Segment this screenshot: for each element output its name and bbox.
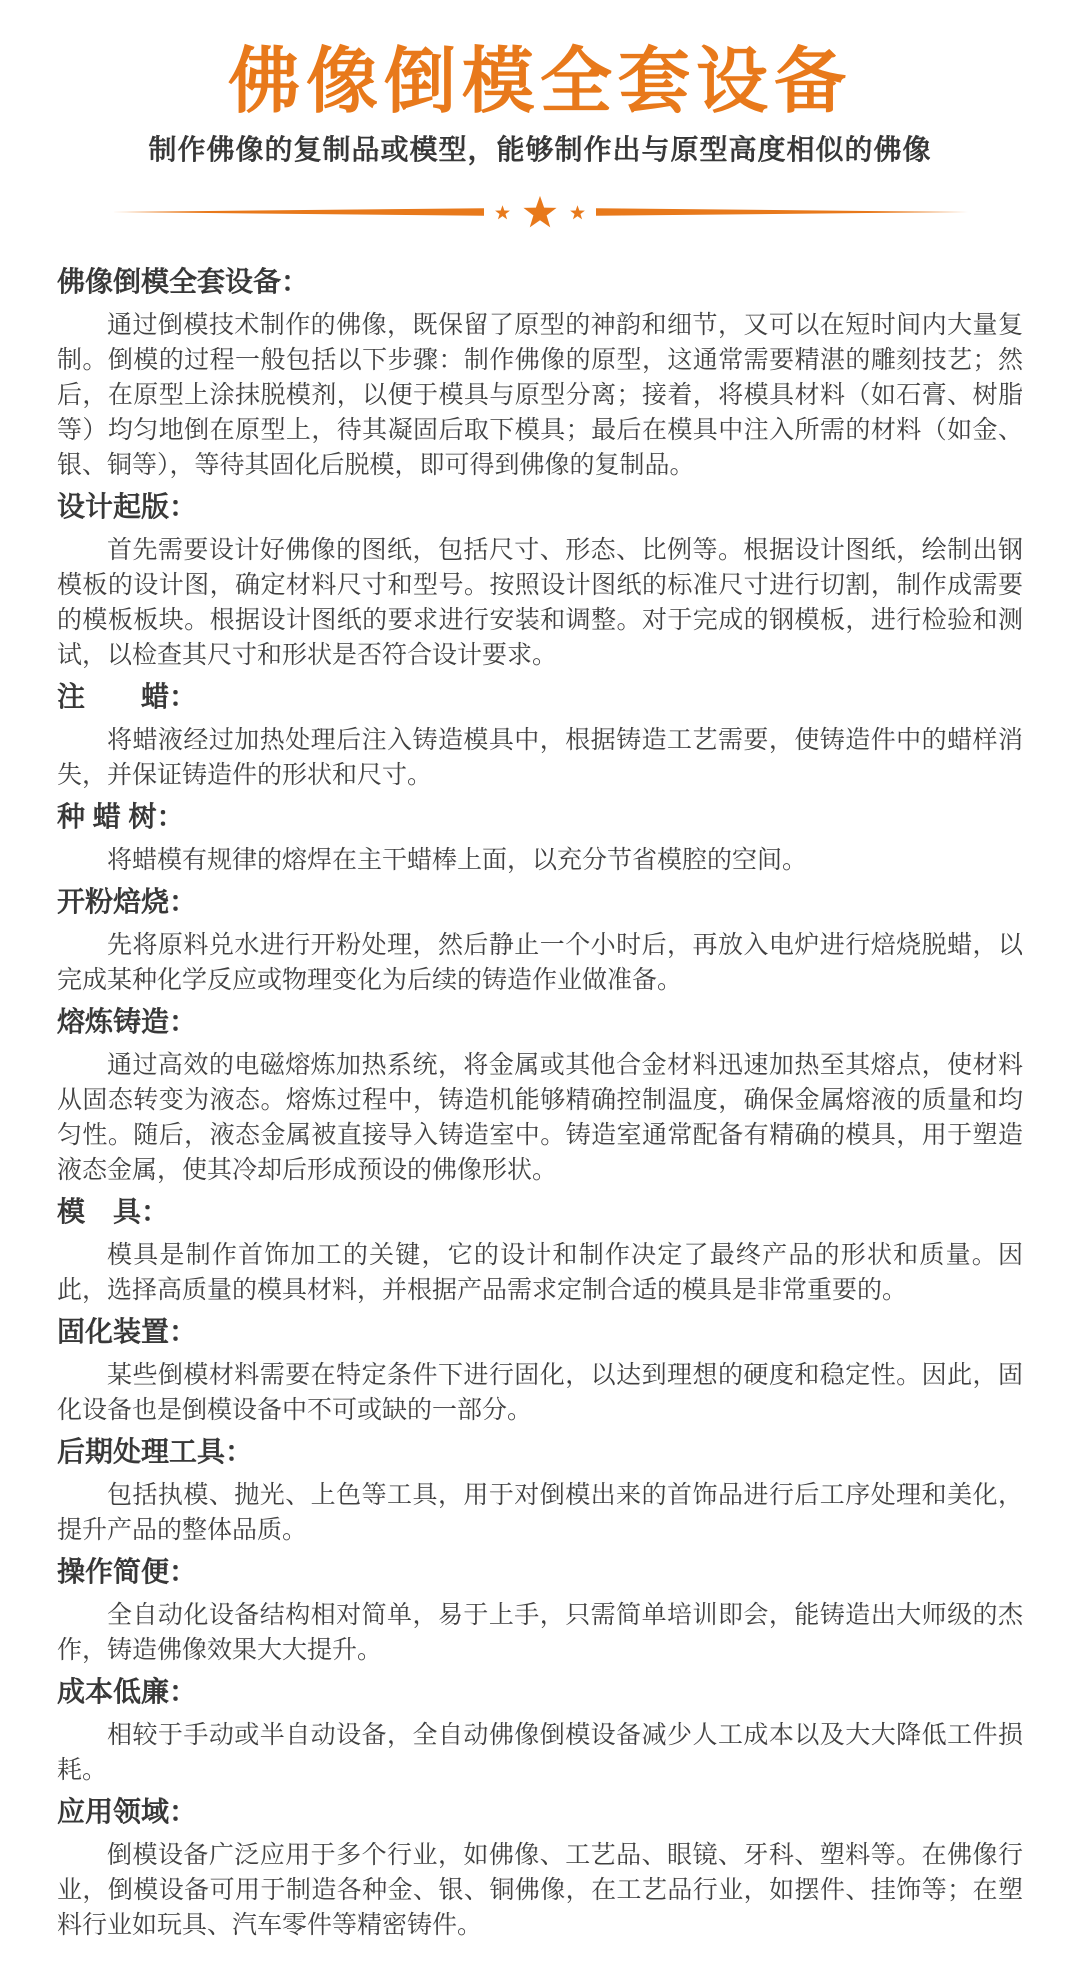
product-detail-page: 佛像倒模全套设备 制作佛像的复制品或模型，能够制作出与原型高度相似的佛像 佛像倒… [0, 0, 1080, 1977]
section-heading: 注 蜡： [57, 680, 1023, 714]
section-heading: 熔炼铸造： [57, 1005, 1023, 1039]
section-mold: 模 具： 模具是制作首饰加工的关键，它的设计和制作决定了最终产品的形状和质量。因… [57, 1195, 1023, 1308]
section-body: 先将原料兑水进行开粉处理，然后静止一个小时后，再放入电炉进行焙烧脱蜡，以完成某种… [57, 928, 1023, 998]
section-low-cost: 成本低廉： 相较于手动或半自动设备，全自动佛像倒模设备减少人工成本以及大大降低工… [57, 1675, 1023, 1788]
section-body: 将蜡液经过加热处理后注入铸造模具中，根据铸造工艺需要，使铸造件中的蜡样消失，并保… [57, 723, 1023, 793]
section-heading: 佛像倒模全套设备： [57, 265, 1023, 299]
star-icon [494, 204, 511, 221]
section-curing-device: 固化装置： 某些倒模材料需要在特定条件下进行固化，以达到理想的硬度和稳定性。因此… [57, 1315, 1023, 1428]
page-title: 佛像倒模全套设备 [0, 44, 1080, 120]
section-body: 通过高效的电磁熔炼加热系统，将金属或其他合金材料迅速加热至其熔点，使材料从固态转… [57, 1048, 1023, 1188]
section-heading: 设计起版： [57, 490, 1023, 524]
section-body: 相较于手动或半自动设备，全自动佛像倒模设备减少人工成本以及大大降低工件损耗。 [57, 1718, 1023, 1788]
section-application-fields: 应用领域： 倒模设备广泛应用于多个行业，如佛像、工艺品、眼镜、牙科、塑料等。在佛… [57, 1795, 1023, 1943]
section-body: 模具是制作首饰加工的关键，它的设计和制作决定了最终产品的形状和质量。因此，选择高… [57, 1238, 1023, 1308]
section-heading: 模 具： [57, 1195, 1023, 1229]
section-heading: 开粉焙烧： [57, 885, 1023, 919]
section-body: 某些倒模材料需要在特定条件下进行固化，以达到理想的硬度和稳定性。因此，固化设备也… [57, 1358, 1023, 1428]
section-wax-tree: 种 蜡 树： 将蜡模有规律的熔焊在主干蜡棒上面，以充分节省模腔的空间。 [57, 800, 1023, 878]
section-easy-operation: 操作简便： 全自动化设备结构相对简单，易于上手，只需简单培训即会，能铸造出大师级… [57, 1555, 1023, 1668]
section-melting-casting: 熔炼铸造： 通过高效的电磁熔炼加热系统，将金属或其他合金材料迅速加热至其熔点，使… [57, 1005, 1023, 1188]
section-body: 全自动化设备结构相对简单，易于上手，只需简单培训即会，能铸造出大师级的杰作，铸造… [57, 1598, 1023, 1668]
section-body: 倒模设备广泛应用于多个行业，如佛像、工艺品、眼镜、牙科、塑料等。在佛像行业，倒模… [57, 1838, 1023, 1943]
star-icon [569, 204, 586, 221]
section-body: 首先需要设计好佛像的图纸，包括尺寸、形态、比例等。根据设计图纸，绘制出钢模板的设… [57, 533, 1023, 673]
section-heading: 固化装置： [57, 1315, 1023, 1349]
section-heading: 应用领域： [57, 1795, 1023, 1829]
section-body: 通过倒模技术制作的佛像，既保留了原型的神韵和细节，又可以在短时间内大量复制。倒模… [57, 308, 1023, 483]
section-wax-injection: 注 蜡： 将蜡液经过加热处理后注入铸造模具中，根据铸造工艺需要，使铸造件中的蜡样… [57, 680, 1023, 793]
section-body: 包括执模、抛光、上色等工具，用于对倒模出来的首饰品进行后工序处理和美化，提升产品… [57, 1478, 1023, 1548]
section-heading: 后期处理工具： [57, 1435, 1023, 1469]
star-icon [521, 193, 559, 231]
section-heading: 操作简便： [57, 1555, 1023, 1589]
page-subtitle: 制作佛像的复制品或模型，能够制作出与原型高度相似的佛像 [0, 134, 1080, 166]
content: 佛像倒模全套设备： 通过倒模技术制作的佛像，既保留了原型的神韵和细节，又可以在短… [0, 232, 1080, 1977]
section-design: 设计起版： 首先需要设计好佛像的图纸，包括尺寸、形态、比例等。根据设计图纸，绘制… [57, 490, 1023, 673]
section-heading: 种 蜡 树： [57, 800, 1023, 834]
divider-line-left-icon [112, 207, 484, 217]
section-post-processing-tools: 后期处理工具： 包括执模、抛光、上色等工具，用于对倒模出来的首饰品进行后工序处理… [57, 1435, 1023, 1548]
divider-line-right-icon [596, 207, 968, 217]
section-body: 将蜡模有规律的熔焊在主干蜡棒上面，以充分节省模腔的空间。 [57, 843, 1023, 878]
section-powder-baking: 开粉焙烧： 先将原料兑水进行开粉处理，然后静止一个小时后，再放入电炉进行焙烧脱蜡… [57, 885, 1023, 998]
section-heading: 成本低廉： [57, 1675, 1023, 1709]
section-overview: 佛像倒模全套设备： 通过倒模技术制作的佛像，既保留了原型的神韵和细节，又可以在短… [57, 265, 1023, 483]
header: 佛像倒模全套设备 制作佛像的复制品或模型，能够制作出与原型高度相似的佛像 [0, 44, 1080, 232]
star-divider [95, 192, 985, 232]
